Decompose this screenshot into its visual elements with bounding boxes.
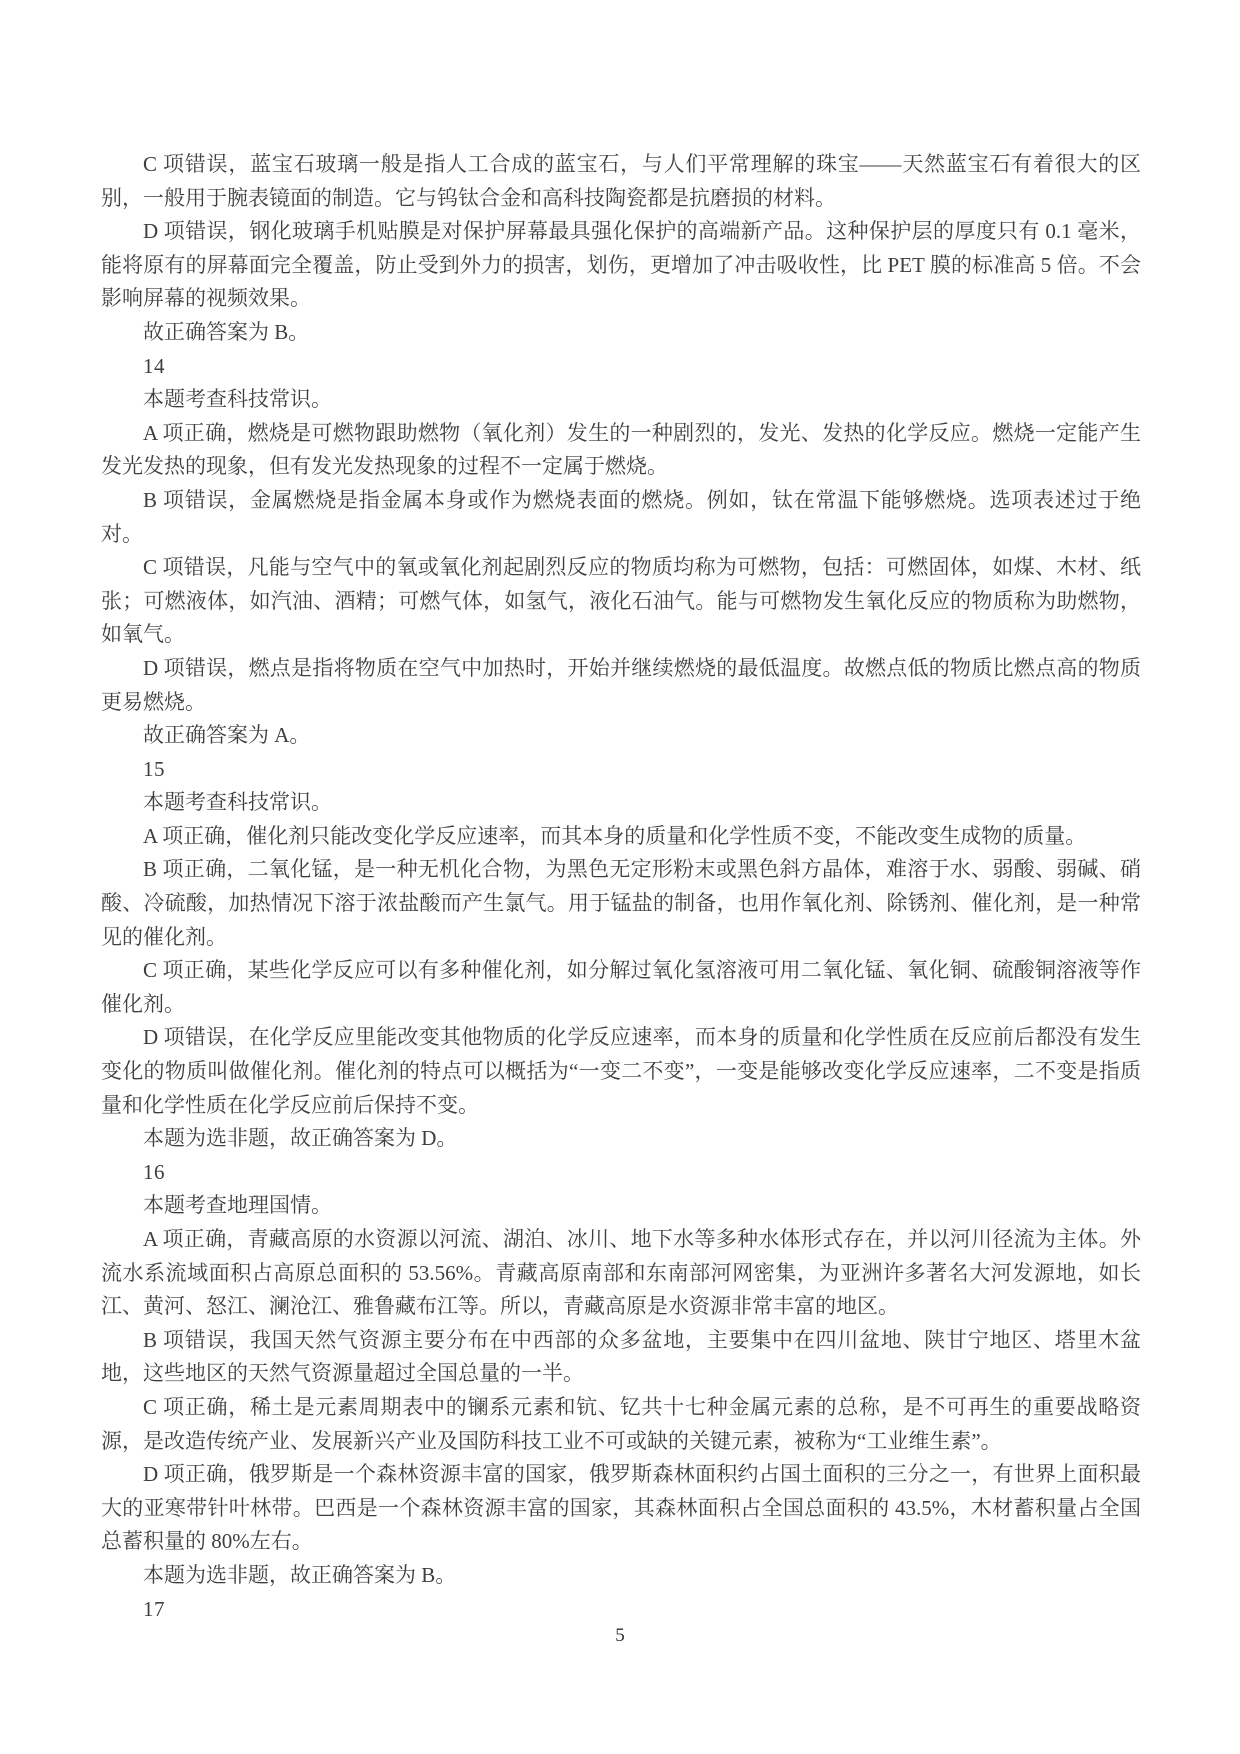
document-page: C 项错误，蓝宝石玻璃一般是指人工合成的蓝宝石，与人们平常理解的珠宝——天然蓝宝… [0, 0, 1240, 1754]
option-c-analysis-q13: C 项错误，蓝宝石玻璃一般是指人工合成的蓝宝石，与人们平常理解的珠宝——天然蓝宝… [101, 148, 1141, 215]
option-b-analysis-q16: B 项错误，我国天然气资源主要分布在中西部的众多盆地，主要集中在四川盆地、陕甘宁… [101, 1324, 1141, 1391]
topic-line-q15: 本题考查科技常识。 [101, 786, 1141, 820]
question-number-17: 17 [101, 1593, 1141, 1627]
option-c-analysis-q14: C 项错误，凡能与空气中的氧或氧化剂起剧烈反应的物质均称为可燃物，包括：可燃固体… [101, 551, 1141, 652]
question-number-14: 14 [101, 350, 1141, 384]
option-d-analysis-q13: D 项错误，钢化玻璃手机贴膜是对保护屏幕最具强化保护的高端新产品。这种保护层的厚… [101, 215, 1141, 316]
topic-line-q16: 本题考查地理国情。 [101, 1189, 1141, 1223]
option-c-analysis-q15: C 项正确，某些化学反应可以有多种催化剂，如分解过氧化氢溶液可用二氧化锰、氧化铜… [101, 954, 1141, 1021]
answer-line-q14: 故正确答案为 A。 [101, 719, 1141, 753]
answer-line-q13: 故正确答案为 B。 [101, 316, 1141, 350]
option-d-analysis-q14: D 项错误，燃点是指将物质在空气中加热时，开始并继续燃烧的最低温度。故燃点低的物… [101, 652, 1141, 719]
option-d-analysis-q15: D 项错误，在化学反应里能改变其他物质的化学反应速率，而本身的质量和化学性质在反… [101, 1021, 1141, 1122]
question-number-16: 16 [101, 1156, 1141, 1190]
option-a-analysis-q16: A 项正确，青藏高原的水资源以河流、湖泊、冰川、地下水等多种水体形式存在，并以河… [101, 1223, 1141, 1324]
answer-line-q15: 本题为选非题，故正确答案为 D。 [101, 1122, 1141, 1156]
option-a-analysis-q15: A 项正确，催化剂只能改变化学反应速率，而其本身的质量和化学性质不变，不能改变生… [101, 820, 1141, 854]
option-c-analysis-q16: C 项正确，稀土是元素周期表中的镧系元素和钪、钇共十七种金属元素的总称，是不可再… [101, 1391, 1141, 1458]
option-b-analysis-q15: B 项正确，二氧化锰，是一种无机化合物，为黑色无定形粉末或黑色斜方晶体，难溶于水… [101, 853, 1141, 954]
answer-line-q16: 本题为选非题，故正确答案为 B。 [101, 1559, 1141, 1593]
option-d-analysis-q16: D 项正确，俄罗斯是一个森林资源丰富的国家，俄罗斯森林面积约占国土面积的三分之一… [101, 1458, 1141, 1559]
answer-explanations-body: C 项错误，蓝宝石玻璃一般是指人工合成的蓝宝石，与人们平常理解的珠宝——天然蓝宝… [101, 148, 1141, 1626]
topic-line-q14: 本题考查科技常识。 [101, 383, 1141, 417]
option-a-analysis-q14: A 项正确，燃烧是可燃物跟助燃物（氧化剂）发生的一种剧烈的，发光、发热的化学反应… [101, 417, 1141, 484]
question-number-15: 15 [101, 753, 1141, 787]
page-number: 5 [0, 1625, 1240, 1647]
option-b-analysis-q14: B 项错误，金属燃烧是指金属本身或作为燃烧表面的燃烧。例如，钛在常温下能够燃烧。… [101, 484, 1141, 551]
